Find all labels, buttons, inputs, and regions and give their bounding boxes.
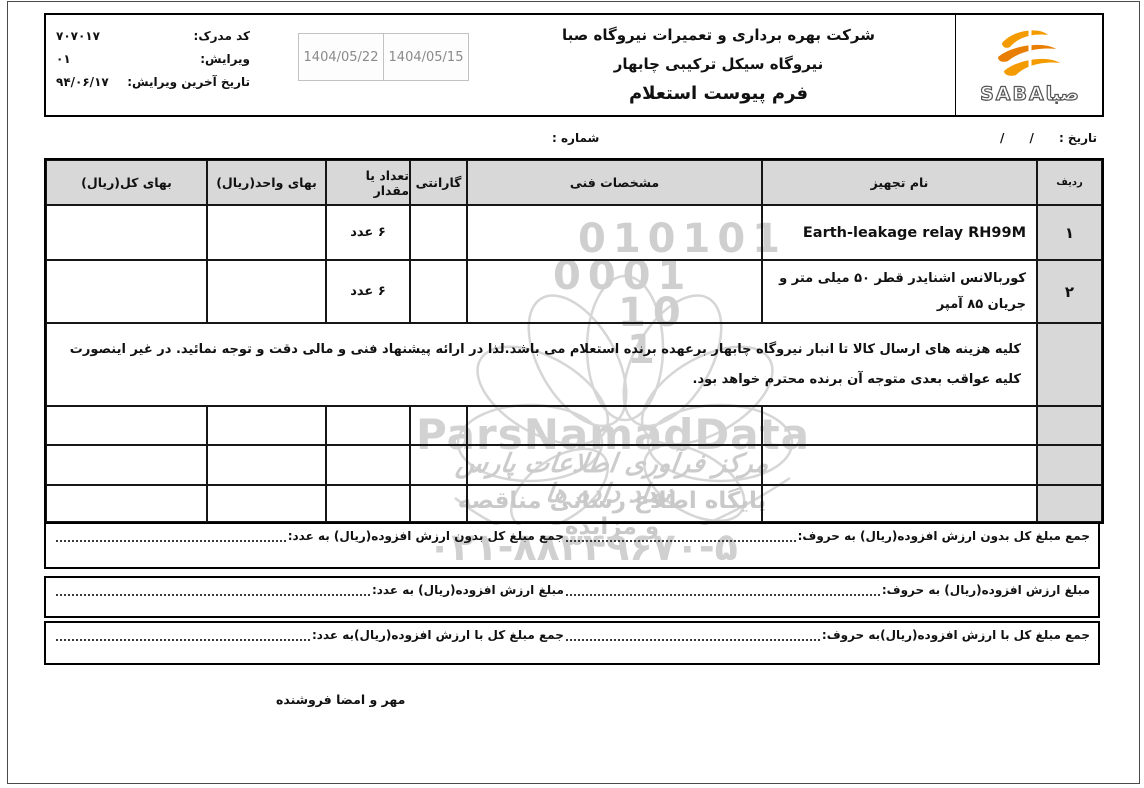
dotted-fill-line bbox=[566, 529, 796, 542]
col-header-total-price: بهای کل(ریال) bbox=[46, 160, 207, 205]
last-revision-date-row: تاریخ آخرین ویرایش: ۹۴/۰۶/۱۷ bbox=[56, 70, 250, 93]
empty-row2-unit-price-cell bbox=[207, 445, 326, 485]
row2-quantity: ۶ عدد bbox=[326, 260, 410, 323]
saba-logo-icon bbox=[988, 27, 1072, 85]
empty-row3-quantity-cell bbox=[326, 485, 410, 522]
date-cells: 1404/05/22 1404/05/15 bbox=[299, 33, 469, 81]
last-revision-date-label: تاریخ آخرین ویرایش: bbox=[127, 75, 250, 89]
saba-logo-wordmark: SABAصبا bbox=[980, 85, 1079, 104]
empty-row3-specs-cell bbox=[467, 485, 762, 522]
company-name-line2: نیروگاه سیکل ترکیبی چابهار bbox=[614, 55, 824, 73]
row2-total-price-cell bbox=[46, 260, 207, 323]
row1-specs-cell bbox=[467, 205, 762, 260]
row1-unit-price-cell bbox=[207, 205, 326, 260]
empty-row2-name-cell bbox=[762, 445, 1037, 485]
last-revision-date-value: ۹۴/۰۶/۱۷ bbox=[56, 75, 109, 89]
company-name-line1: شرکت بهره برداری و تعمیرات نیروگاه صبا bbox=[562, 26, 875, 44]
empty-row2-quantity-cell bbox=[326, 445, 410, 485]
note-row-number-cell bbox=[1037, 323, 1102, 406]
col-header-quantity: تعداد یا مقدار bbox=[326, 160, 410, 205]
col-header-warranty: گارانتی bbox=[410, 160, 467, 205]
saba-logo-text-en: SABA bbox=[980, 83, 1046, 105]
dotted-fill-line bbox=[56, 583, 370, 596]
total-with-vat-digits-label: جمع مبلغ کل با ارزش افزوده(ریال)به عدد: bbox=[312, 628, 564, 642]
empty-row1-specs-cell bbox=[467, 406, 762, 445]
row2-equipment-name: کوربالانس اشنایدر قطر ۵۰ میلی متر و جریا… bbox=[762, 260, 1037, 323]
shipping-note-text: کلیه هزینه های ارسال کالا تا انبار نیروگ… bbox=[70, 335, 1021, 395]
row1-warranty-cell bbox=[410, 205, 467, 260]
revision-value: ۰۱ bbox=[56, 52, 71, 66]
empty-row2-specs-cell bbox=[467, 445, 762, 485]
seller-seal-signature-label: مهر و امضا فروشنده bbox=[276, 692, 405, 707]
number-field-label: شماره : bbox=[552, 131, 599, 145]
company-logo-section: SABAصبا bbox=[955, 15, 1103, 115]
total-with-vat-box: جمع مبلغ کل با ارزش افزوده(ریال)به حروف:… bbox=[44, 621, 1100, 665]
empty-row2-number-cell bbox=[1037, 445, 1102, 485]
row2-unit-price-cell bbox=[207, 260, 326, 323]
total-without-vat-digits-label: جمع مبلغ کل بدون ارزش افزوده(ریال) به عد… bbox=[288, 529, 564, 543]
row1-equipment-name: Earth-leakage relay RH99M bbox=[762, 205, 1037, 260]
total-with-vat-words-label: جمع مبلغ کل با ارزش افزوده(ریال)به حروف: bbox=[822, 628, 1090, 642]
empty-row3-warranty-cell bbox=[410, 485, 467, 522]
col-header-row-no: ردیف bbox=[1037, 160, 1102, 205]
doc-code-label: کد مدرک: bbox=[194, 29, 250, 43]
dotted-fill-line bbox=[56, 529, 286, 542]
inquiry-form-page: 010101 0001 10 1 ParsNamadData مرکز فرآو… bbox=[0, 0, 1144, 788]
empty-row1-number-cell bbox=[1037, 406, 1102, 445]
doc-code-value: ۷۰۷۰۱۷ bbox=[56, 29, 100, 43]
row1-number: ۱ bbox=[1037, 205, 1102, 260]
inquiry-items-table: ردیف نام تجهیز مشخصات فنی گارانتی تعداد … bbox=[44, 158, 1104, 524]
col-header-equipment-name: نام تجهیز bbox=[762, 160, 1037, 205]
total-without-vat-box: جمع مبلغ کل بدون ارزش افزوده(ریال) به حر… bbox=[44, 522, 1100, 569]
revision-row: ویرایش: ۰۱ bbox=[56, 47, 250, 70]
document-code-info: کد مدرک: ۷۰۷۰۱۷ ویرایش: ۰۱ تاریخ آخرین و… bbox=[56, 24, 250, 93]
row1-total-price-cell bbox=[46, 205, 207, 260]
dotted-fill-line bbox=[566, 583, 880, 596]
empty-row2-warranty-cell bbox=[410, 445, 467, 485]
form-title: فرم پیوست استعلام bbox=[629, 83, 808, 104]
vat-amount-digits-label: مبلغ ارزش افزوده(ریال) به عدد: bbox=[372, 583, 564, 597]
row2-specs-cell bbox=[467, 260, 762, 323]
dotted-fill-line bbox=[56, 628, 310, 641]
row2-number: ۲ bbox=[1037, 260, 1102, 323]
empty-row1-warranty-cell bbox=[410, 406, 467, 445]
row1-quantity: ۶ عدد bbox=[326, 205, 410, 260]
header-titles: شرکت بهره برداری و تعمیرات نیروگاه صبا ن… bbox=[482, 15, 955, 115]
empty-row1-name-cell bbox=[762, 406, 1037, 445]
shipping-note: کلیه هزینه های ارسال کالا تا انبار نیروگ… bbox=[46, 323, 1037, 406]
saba-logo-text-fa: صبا bbox=[1046, 83, 1079, 105]
empty-row3-number-cell bbox=[1037, 485, 1102, 522]
empty-row3-unit-price-cell bbox=[207, 485, 326, 522]
empty-row2-total-price-cell bbox=[46, 445, 207, 485]
total-without-vat-words-label: جمع مبلغ کل بدون ارزش افزوده(ریال) به حر… bbox=[798, 529, 1090, 543]
col-header-unit-price: بهای واحد(ریال) bbox=[207, 160, 326, 205]
row2-warranty-cell bbox=[410, 260, 467, 323]
form-header-box: کد مدرک: ۷۰۷۰۱۷ ویرایش: ۰۱ تاریخ آخرین و… bbox=[44, 13, 1104, 117]
date-cell-2: 1404/05/15 bbox=[383, 33, 469, 81]
empty-row3-name-cell bbox=[762, 485, 1037, 522]
dotted-fill-line bbox=[566, 628, 820, 641]
empty-row1-total-price-cell bbox=[46, 406, 207, 445]
empty-row3-total-price-cell bbox=[46, 485, 207, 522]
col-header-specs: مشخصات فنی bbox=[467, 160, 762, 205]
empty-row1-quantity-cell bbox=[326, 406, 410, 445]
doc-code-row: کد مدرک: ۷۰۷۰۱۷ bbox=[56, 24, 250, 47]
date-field-label: تاریخ : / / bbox=[985, 131, 1097, 145]
empty-row1-unit-price-cell bbox=[207, 406, 326, 445]
vat-amount-box: مبلغ ارزش افزوده(ریال) به حروف: مبلغ ارز… bbox=[44, 576, 1100, 618]
vat-amount-words-label: مبلغ ارزش افزوده(ریال) به حروف: bbox=[882, 583, 1090, 597]
date-cell-1: 1404/05/22 bbox=[298, 33, 384, 81]
revision-label: ویرایش: bbox=[200, 52, 250, 66]
